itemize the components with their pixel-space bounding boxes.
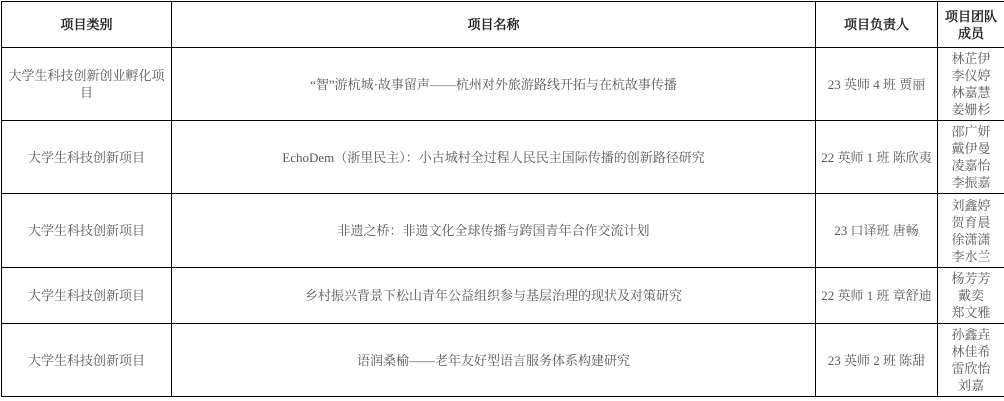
cell-project-category: 大学生科技创新项目 — [2, 324, 172, 397]
table-row: 大学生科技创新项目 非遗之桥：非遗文化全球传播与跨国青年合作交流计划 23 口译… — [2, 194, 1004, 268]
table-row: 大学生科技创新项目 语润桑榆——老年友好型语言服务体系构建研究 23 英师 2 … — [2, 324, 1004, 397]
cell-project-name: “智”游杭城·故事留声——杭州对外旅游路线开拓与在杭故事传播 — [172, 48, 816, 121]
cell-project-category: 大学生科技创新项目 — [2, 121, 172, 194]
table-row: 大学生科技创新创业孵化项目 “智”游杭城·故事留声——杭州对外旅游路线开拓与在杭… — [2, 48, 1004, 121]
table-row: 大学生科技创新项目 乡村振兴背景下松山青年公益组织参与基层治理的现状及对策研究 … — [2, 268, 1004, 324]
cell-project-name: 非遗之桥：非遗文化全球传播与跨国青年合作交流计划 — [172, 194, 816, 268]
cell-project-category: 大学生科技创新项目 — [2, 194, 172, 268]
header-project-name: 项目名称 — [172, 2, 816, 48]
header-row: 项目类别 项目名称 项目负责人 项目团队成员 — [2, 2, 1004, 48]
projects-table: 项目类别 项目名称 项目负责人 项目团队成员 大学生科技创新创业孵化项目 “智”… — [1, 1, 1004, 397]
cell-project-leader: 23 英师 2 班 陈甜 — [816, 324, 938, 397]
cell-team-members: 杨芳芳 戴奕 郑文雅 — [938, 268, 1004, 324]
cell-project-name: EchoDem（浙里民主）：小古城村全过程人民民主国际传播的创新路径研究 — [172, 121, 816, 194]
cell-project-leader: 22 英师 1 班 章舒迪 — [816, 268, 938, 324]
cell-team-members: 刘鑫婷 贺育晨 徐潇潇 李水兰 — [938, 194, 1004, 268]
cell-project-leader: 23 口译班 唐畅 — [816, 194, 938, 268]
header-project-team-members: 项目团队成员 — [938, 2, 1004, 48]
cell-team-members: 邵广妍 戴伊曼 凌嘉怡 李振嘉 — [938, 121, 1004, 194]
header-project-category: 项目类别 — [2, 2, 172, 48]
table-row: 大学生科技创新项目 EchoDem（浙里民主）：小古城村全过程人民民主国际传播的… — [2, 121, 1004, 194]
cell-project-category: 大学生科技创新项目 — [2, 268, 172, 324]
cell-project-category: 大学生科技创新创业孵化项目 — [2, 48, 172, 121]
cell-project-leader: 22 英师 1 班 陈欣夷 — [816, 121, 938, 194]
cell-team-members: 孙鑫垚 林佳希 雷欣怡 刘嘉 — [938, 324, 1004, 397]
cell-project-leader: 23 英师 4 班 贾丽 — [816, 48, 938, 121]
cell-team-members: 林芷伊 李仪婷 林嘉慧 姜姗杉 — [938, 48, 1004, 121]
header-project-leader: 项目负责人 — [816, 2, 938, 48]
cell-project-name: 语润桑榆——老年友好型语言服务体系构建研究 — [172, 324, 816, 397]
cell-project-name: 乡村振兴背景下松山青年公益组织参与基层治理的现状及对策研究 — [172, 268, 816, 324]
